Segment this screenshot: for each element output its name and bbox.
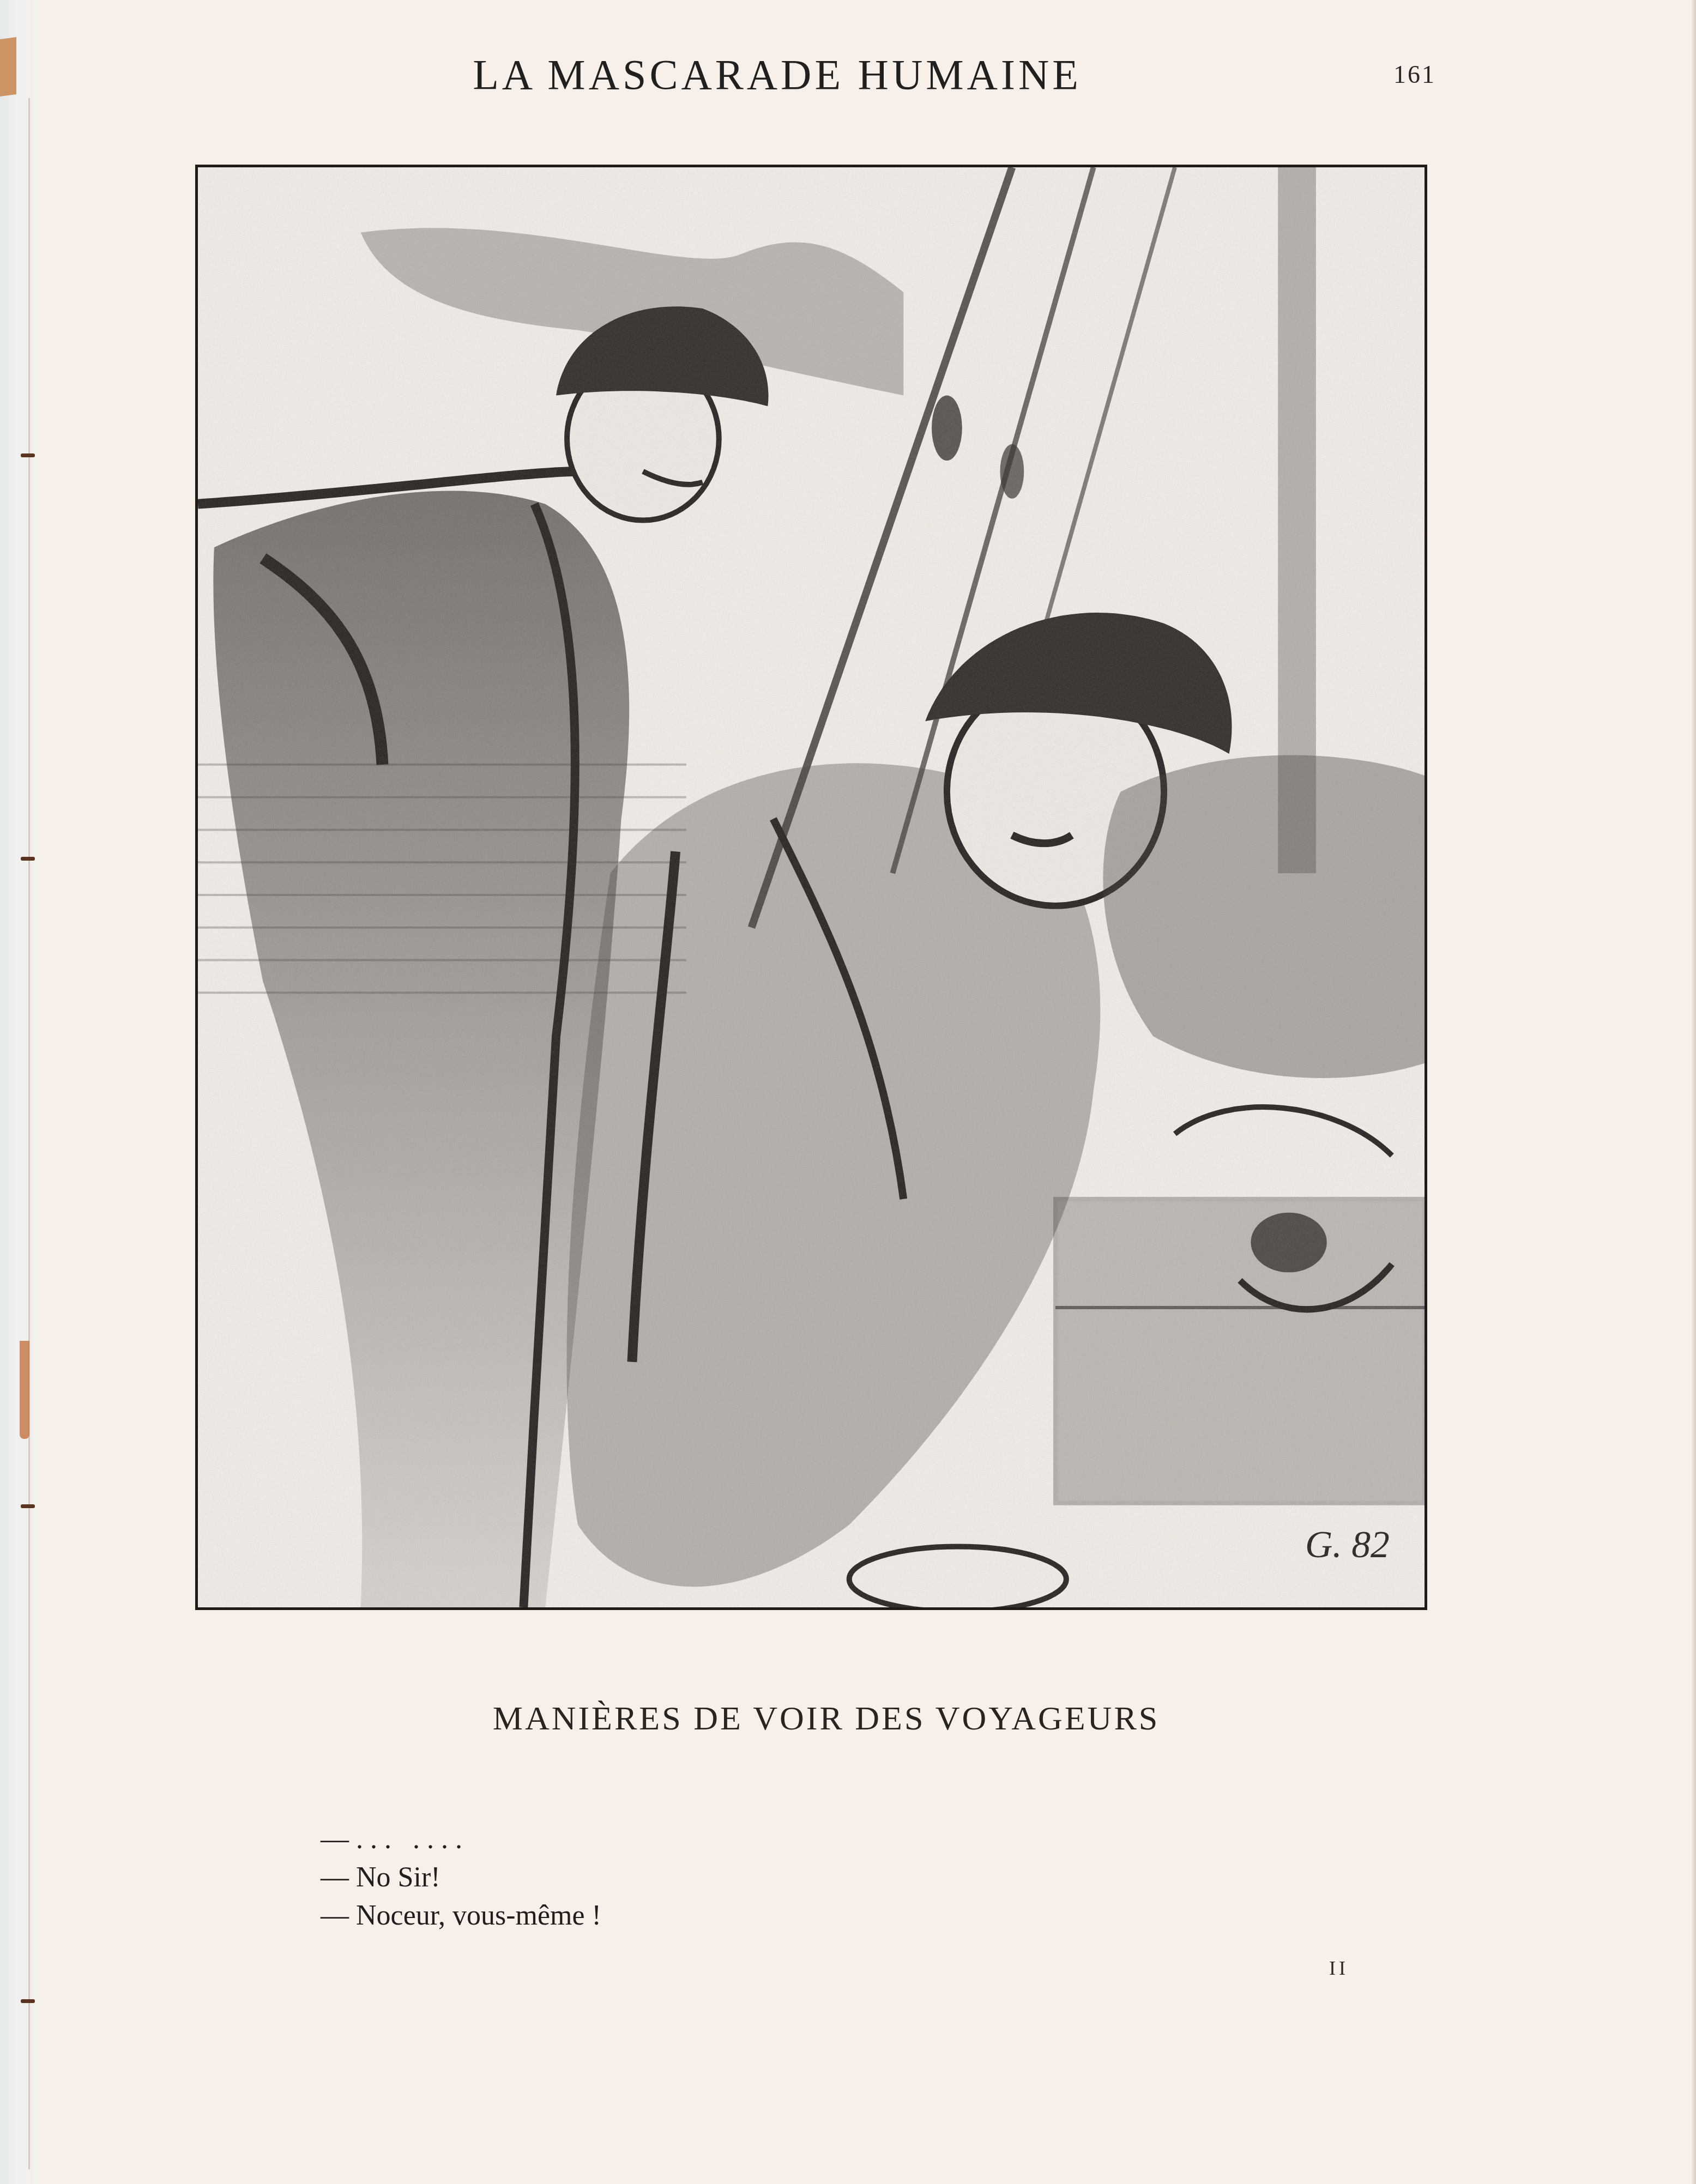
plate-caption: MANIÈRES DE VOIR DES VOYAGEURS xyxy=(0,1699,1696,1738)
page-number: 161 xyxy=(1393,60,1436,89)
binding-stitch xyxy=(21,1999,35,2003)
dialogue-line: — Noceur, vous-même ! xyxy=(321,1897,601,1935)
running-head-text: LA MASCARADE HUMAINE xyxy=(473,50,1082,99)
book-page: LA MASCARADE HUMAINE 161 xyxy=(0,0,1696,2184)
page-fold-line xyxy=(28,98,30,2169)
binding-stitch xyxy=(21,1504,35,1508)
lithograph-plate: G. 82 xyxy=(195,165,1427,1610)
page-right-edge xyxy=(1692,0,1696,2184)
binding-gutter xyxy=(0,0,38,2184)
running-head: LA MASCARADE HUMAINE xyxy=(0,50,1696,99)
binding-stitch xyxy=(21,857,35,861)
signature-mark: II xyxy=(1329,1957,1349,1980)
lithograph-drawing: G. 82 xyxy=(198,167,1425,1607)
binding-stitch xyxy=(21,453,35,457)
binding-tape-middle xyxy=(20,1341,29,1439)
dialogue-line: — . . . . . . . xyxy=(321,1820,601,1859)
dialogue-block: — . . . . . . . — No Sir! — Noceur, vous… xyxy=(321,1820,601,1935)
caption-title: MANIÈRES DE VOIR DES VOYAGEURS xyxy=(493,1699,1160,1738)
dialogue-line: — No Sir! xyxy=(321,1859,601,1897)
